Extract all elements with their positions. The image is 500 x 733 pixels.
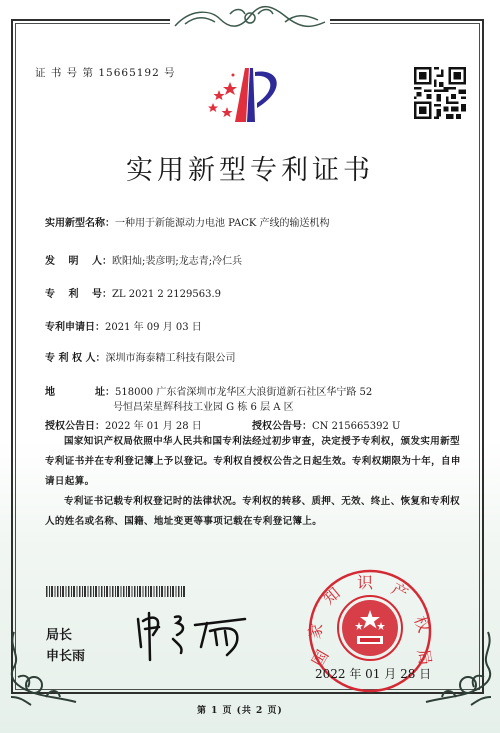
field-inventors: 发 明 人：欧阳灿;裴彦明;龙志青;冷仁兵 [45, 252, 242, 267]
field-grant-number: 授权公告号：CN 215665392 U [252, 417, 400, 432]
field-label: 地 址： [45, 383, 115, 398]
field-application-date: 专利申请日：2021 年 09 月 03 日 [45, 318, 202, 333]
signatory-title: 局长 [46, 625, 85, 646]
qr-code-icon [414, 67, 466, 119]
body-paragraph-2: 专利证书记载专利权登记时的法律状况。专利权的转移、质押、无效、终止、恢复和专利权… [45, 492, 465, 532]
seal-date: 2022 年 01 月 28 日 [315, 665, 431, 682]
field-label: 专利申请日： [45, 318, 105, 333]
field-value: 欧阳灿;裴彦明;龙志青;冷仁兵 [112, 252, 242, 267]
field-value: ZL 2021 2 2129563.9 [112, 289, 221, 300]
svg-text:家: 家 [305, 622, 326, 641]
certificate-body-text: 国家知识产权局依照中华人民共和国专利法经过初步审查，决定授予专利权，颁发实用新型… [45, 432, 465, 532]
signatory: 局长 申长雨 [46, 625, 85, 667]
field-label: 实用新型名称： [45, 214, 115, 229]
field-patent-number: 专 利 号：ZL 2021 2 2129563.9 [45, 285, 221, 300]
field-label: 专 利 号： [45, 285, 112, 300]
body-paragraph-1: 国家知识产权局依照中华人民共和国专利法经过初步审查，决定授予专利权，颁发实用新型… [45, 432, 465, 492]
certificate-number: 证 书 号 第 15665192 号 [35, 65, 176, 80]
svg-text:知: 知 [319, 583, 343, 608]
svg-text:识: 识 [357, 573, 374, 592]
field-address: 地 址：518000 广东省深圳市龙华区大浪街道新石社区华宁路 52 [45, 383, 372, 398]
field-value: 2021 年 09 月 03 日 [105, 318, 202, 333]
page-title: 实用新型专利证书 [0, 148, 500, 187]
field-grant-date: 授权公告日：2022 年 01 月 28 日 [45, 417, 202, 432]
svg-text:产: 产 [388, 579, 411, 603]
svg-text:局: 局 [414, 648, 435, 667]
field-patentee: 专 利 权 人：深圳市海泰精工科技有限公司 [45, 349, 235, 364]
field-value: 一种用于新能源动力电池 PACK 产线的输送机构 [115, 214, 330, 229]
barcode-icon [46, 582, 186, 593]
page-number: 第 1 页 (共 2 页) [197, 703, 283, 716]
field-label: 授权公告日： [45, 417, 105, 432]
signature-icon [135, 605, 250, 665]
field-value: 2022 年 01 月 28 日 [105, 417, 202, 432]
field-value: CN 215665392 U [312, 421, 400, 432]
field-label: 发 明 人： [45, 252, 112, 267]
field-value: 深圳市海泰精工科技有限公司 [105, 349, 235, 364]
field-utility-model-name: 实用新型名称：一种用于新能源动力电池 PACK 产线的输送机构 [45, 214, 330, 229]
field-value: 518000 广东省深圳市龙华区大浪街道新石社区华宁路 52 [115, 383, 372, 398]
field-address-line2: 号恒昌荣星辉科技工业园 G 栋 6 层 A 区 [113, 398, 294, 413]
signatory-name: 申长雨 [46, 646, 85, 667]
top-ornament-icon [170, 4, 330, 34]
field-label: 专 利 权 人： [45, 349, 105, 364]
field-label: 授权公告号： [252, 417, 312, 432]
cnipa-logo-icon [205, 60, 295, 125]
